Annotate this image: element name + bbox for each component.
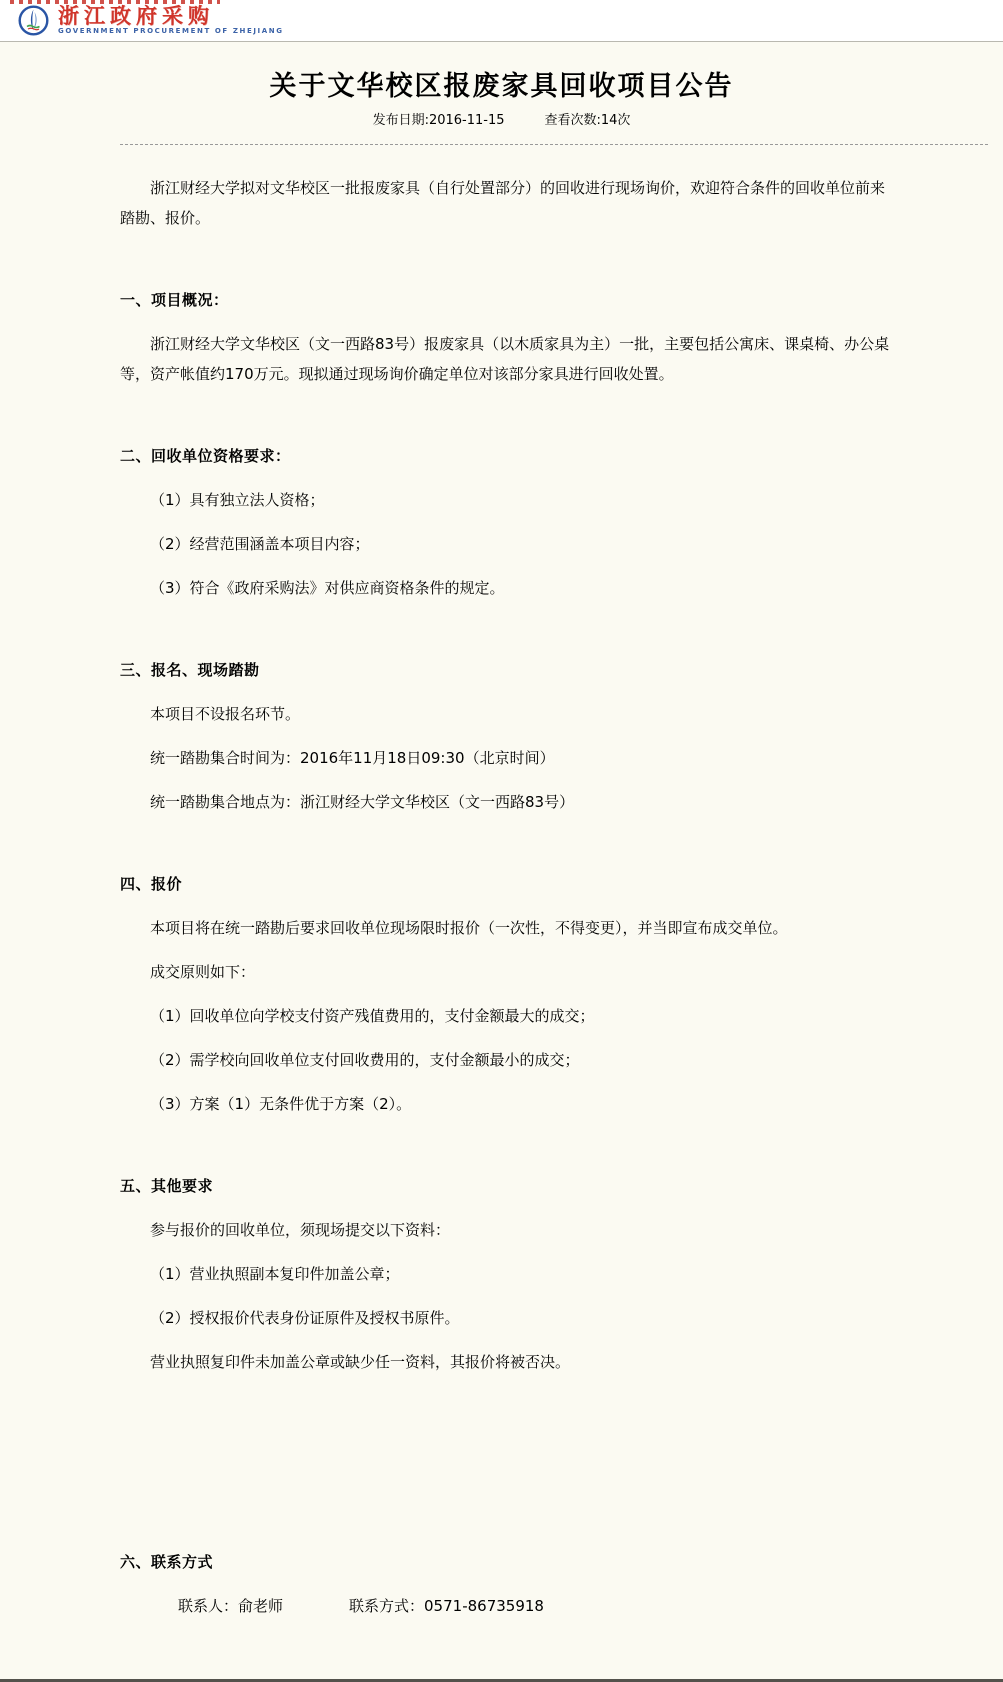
section-qualification-requirements: 二、回收单位资格要求： （1）具有独立法人资格； （2）经营范围涵盖本项目内容；…: [120, 441, 891, 603]
announcement-content: 关于文华校区报废家具回收项目公告 发布日期:2016-11-15 查看次数:14…: [0, 42, 1003, 1679]
section-paragraph: 本项目将在统一踏勘后要求回收单位现场限时报价（一次性，不得变更），并当即宣布成交…: [120, 913, 891, 943]
section-paragraph: 成交原则如下：: [120, 957, 891, 987]
list-item: （1）回收单位向学校支付资产残值费用的，支付金额最大的成交；: [120, 1001, 891, 1031]
logo-brand-subtitle: GOVERNMENT PROCUREMENT OF ZHEJIANG: [58, 27, 284, 36]
section-heading: 四、报价: [120, 869, 891, 899]
section-heading: 五、其他要求: [120, 1171, 891, 1201]
page-title: 关于文华校区报废家具回收项目公告: [0, 64, 1003, 103]
list-item: （2）经营范围涵盖本项目内容；: [120, 529, 891, 559]
logo-brand-text: 浙江政府采购: [58, 5, 284, 27]
list-item: （1）具有独立法人资格；: [120, 485, 891, 515]
section-contact: 六、联系方式 联系人：俞老师 联系方式：0571-86735918: [120, 1547, 891, 1621]
intro-paragraph: 浙江财经大学拟对文华校区一批报废家具（自行处置部分）的回收进行现场询价，欢迎符合…: [120, 173, 891, 233]
document-body: 浙江财经大学拟对文华校区一批报废家具（自行处置部分）的回收进行现场询价，欢迎符合…: [0, 145, 1003, 1665]
section-heading: 一、项目概况：: [120, 285, 891, 315]
clipped-banner-fragment: [10, 0, 220, 4]
list-item: （2）需学校向回收单位支付回收费用的，支付金额最小的成交；: [120, 1045, 891, 1075]
section-paragraph: 统一踏勘集合地点为：浙江财经大学文华校区（文一西路83号）: [120, 787, 891, 817]
view-count-label: 查看次数:14次: [545, 109, 631, 128]
section-paragraph: 浙江财经大学文华校区（文一西路83号）报废家具（以木质家具为主）一批，主要包括公…: [120, 329, 891, 389]
site-logo[interactable]: 浙江政府采购 GOVERNMENT PROCUREMENT OF ZHEJIAN…: [18, 5, 284, 36]
section-heading: 二、回收单位资格要求：: [120, 441, 891, 471]
section-heading: 六、联系方式: [120, 1547, 891, 1577]
section-registration-site-survey: 三、报名、现场踏勘 本项目不设报名环节。 统一踏勘集合时间为：2016年11月1…: [120, 655, 891, 817]
meta-row: 发布日期:2016-11-15 查看次数:14次: [0, 109, 1003, 128]
publish-date-label: 发布日期:2016-11-15: [373, 109, 505, 128]
logo-emblem-icon: [18, 5, 49, 36]
list-item: （2）授权报价代表身份证原件及授权书原件。: [120, 1303, 891, 1333]
list-item: （1）营业执照副本复印件加盖公章；: [120, 1259, 891, 1289]
section-paragraph: 本项目不设报名环节。: [120, 699, 891, 729]
announcement-page: 浙江政府采购 GOVERNMENT PROCUREMENT OF ZHEJIAN…: [0, 0, 1003, 1682]
section-heading: 三、报名、现场踏勘: [120, 655, 891, 685]
section-paragraph: 参与报价的回收单位，须现场提交以下资料：: [120, 1215, 891, 1245]
section-other-requirements: 五、其他要求 参与报价的回收单位，须现场提交以下资料： （1）营业执照副本复印件…: [120, 1171, 891, 1377]
contact-row: 联系人：俞老师 联系方式：0571-86735918: [178, 1591, 891, 1621]
logo-text: 浙江政府采购 GOVERNMENT PROCUREMENT OF ZHEJIAN…: [58, 5, 284, 36]
list-item: （3）符合《政府采购法》对供应商资格条件的规定。: [120, 573, 891, 603]
section-project-overview: 一、项目概况： 浙江财经大学文华校区（文一西路83号）报废家具（以木质家具为主）…: [120, 285, 891, 389]
contact-phone: 联系方式：0571-86735918: [349, 1591, 544, 1621]
section-quotation: 四、报价 本项目将在统一踏勘后要求回收单位现场限时报价（一次性，不得变更），并当…: [120, 869, 891, 1119]
section-paragraph: 统一踏勘集合时间为：2016年11月18日09:30（北京时间）: [120, 743, 891, 773]
contact-person: 联系人：俞老师: [178, 1591, 283, 1621]
section-paragraph: 营业执照复印件未加盖公章或缺少任一资料，其报价将被否决。: [120, 1347, 891, 1377]
list-item: （3）方案（1）无条件优于方案（2）。: [120, 1089, 891, 1119]
site-header: 浙江政府采购 GOVERNMENT PROCUREMENT OF ZHEJIAN…: [0, 0, 1003, 42]
